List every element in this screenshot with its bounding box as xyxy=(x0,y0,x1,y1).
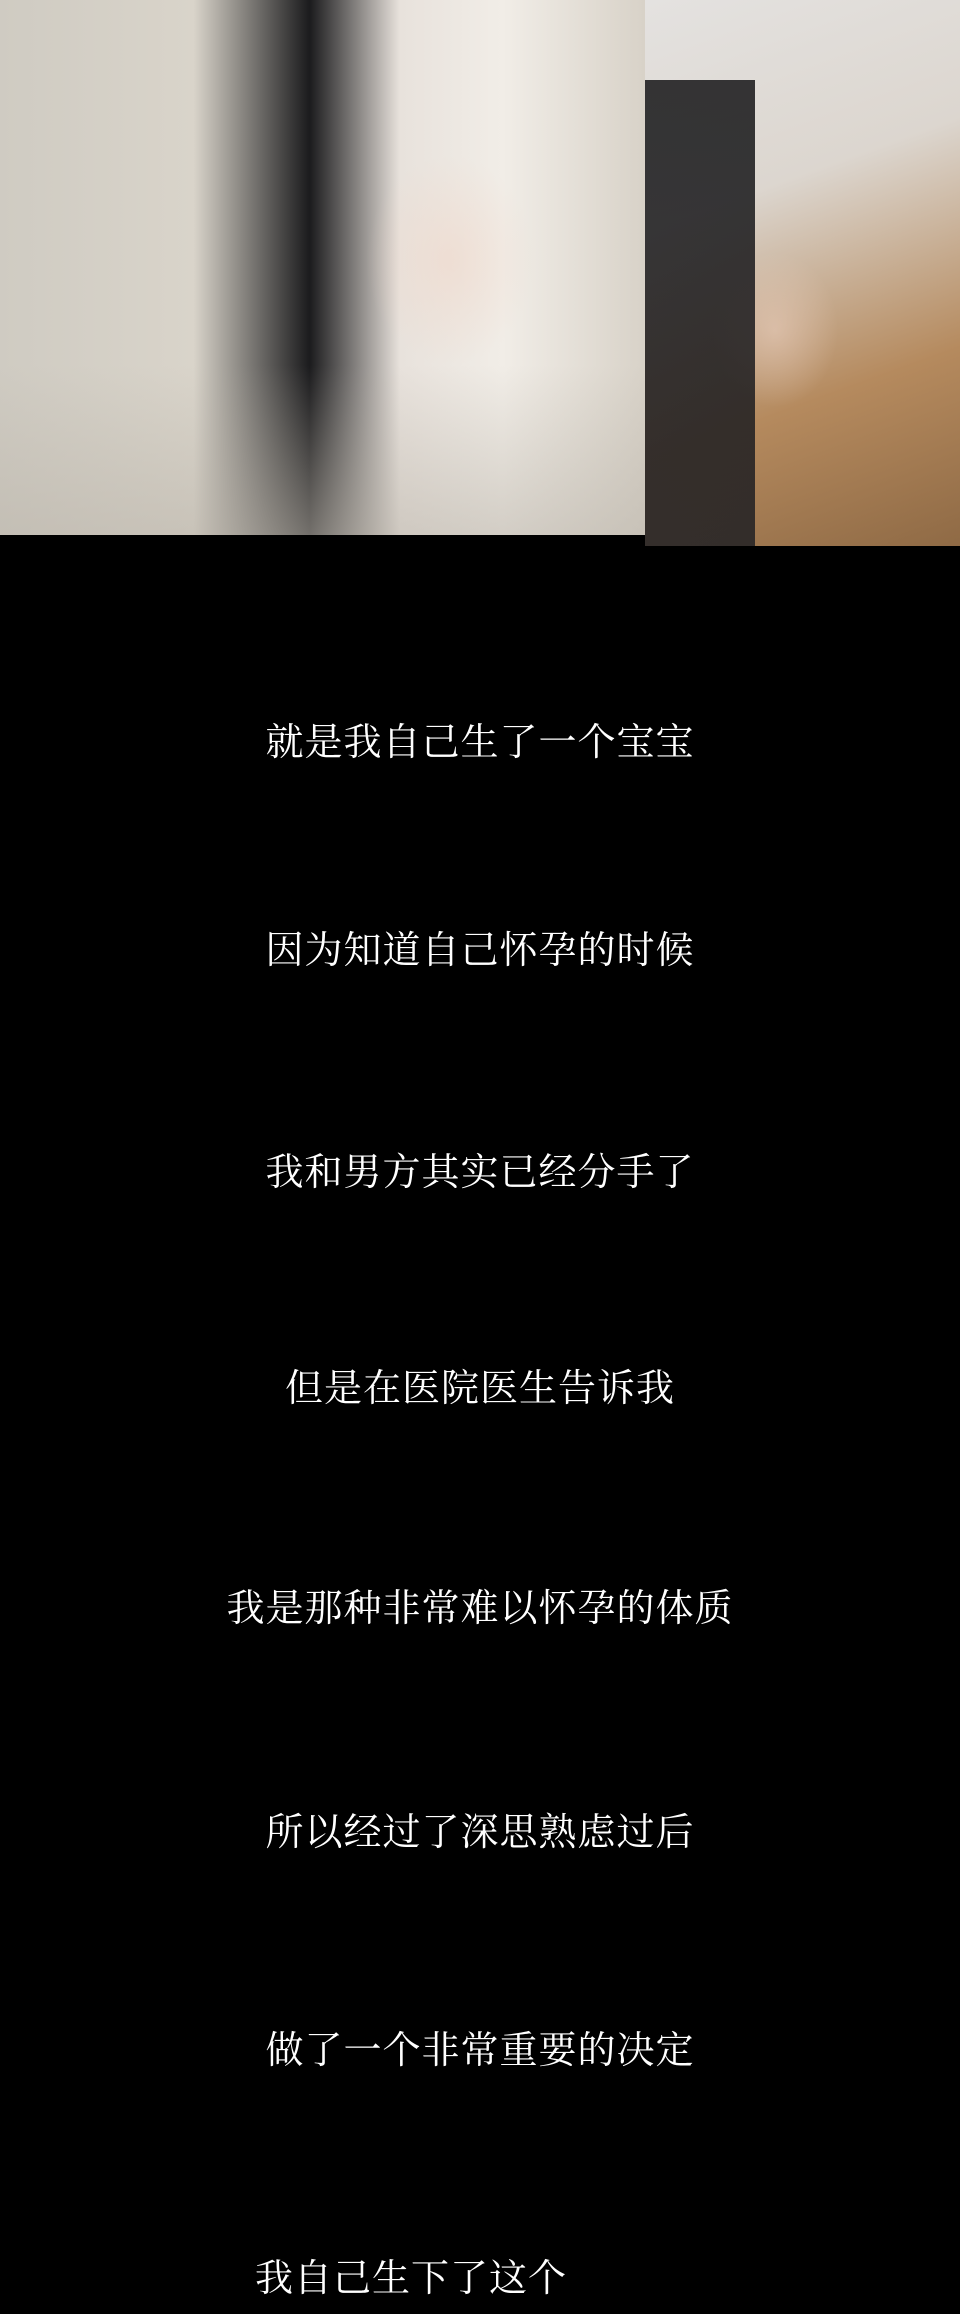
subtitle-line: 因为知道自己怀孕的时候 xyxy=(0,926,960,974)
subtitle-line: 我和男方其实已经分手了 xyxy=(0,1148,960,1196)
subtitle-line: 我是那种非常难以怀孕的体质 xyxy=(0,1584,960,1632)
subtitle-line: 做了一个非常重要的决定 xyxy=(0,2026,960,2074)
subtitle-list: 就是我自己生了一个宝宝 因为知道自己怀孕的时候 我和男方其实已经分手了 但是在医… xyxy=(0,0,960,2314)
subtitle-line: 就是我自己生了一个宝宝 xyxy=(0,718,960,766)
subtitle-line: 但是在医院医生告诉我 xyxy=(0,1364,960,1412)
subtitle-line-clipped: 我自己生下了这个 xyxy=(255,2254,670,2302)
subtitle-line: 所以经过了深思熟虑过后 xyxy=(0,1808,960,1856)
